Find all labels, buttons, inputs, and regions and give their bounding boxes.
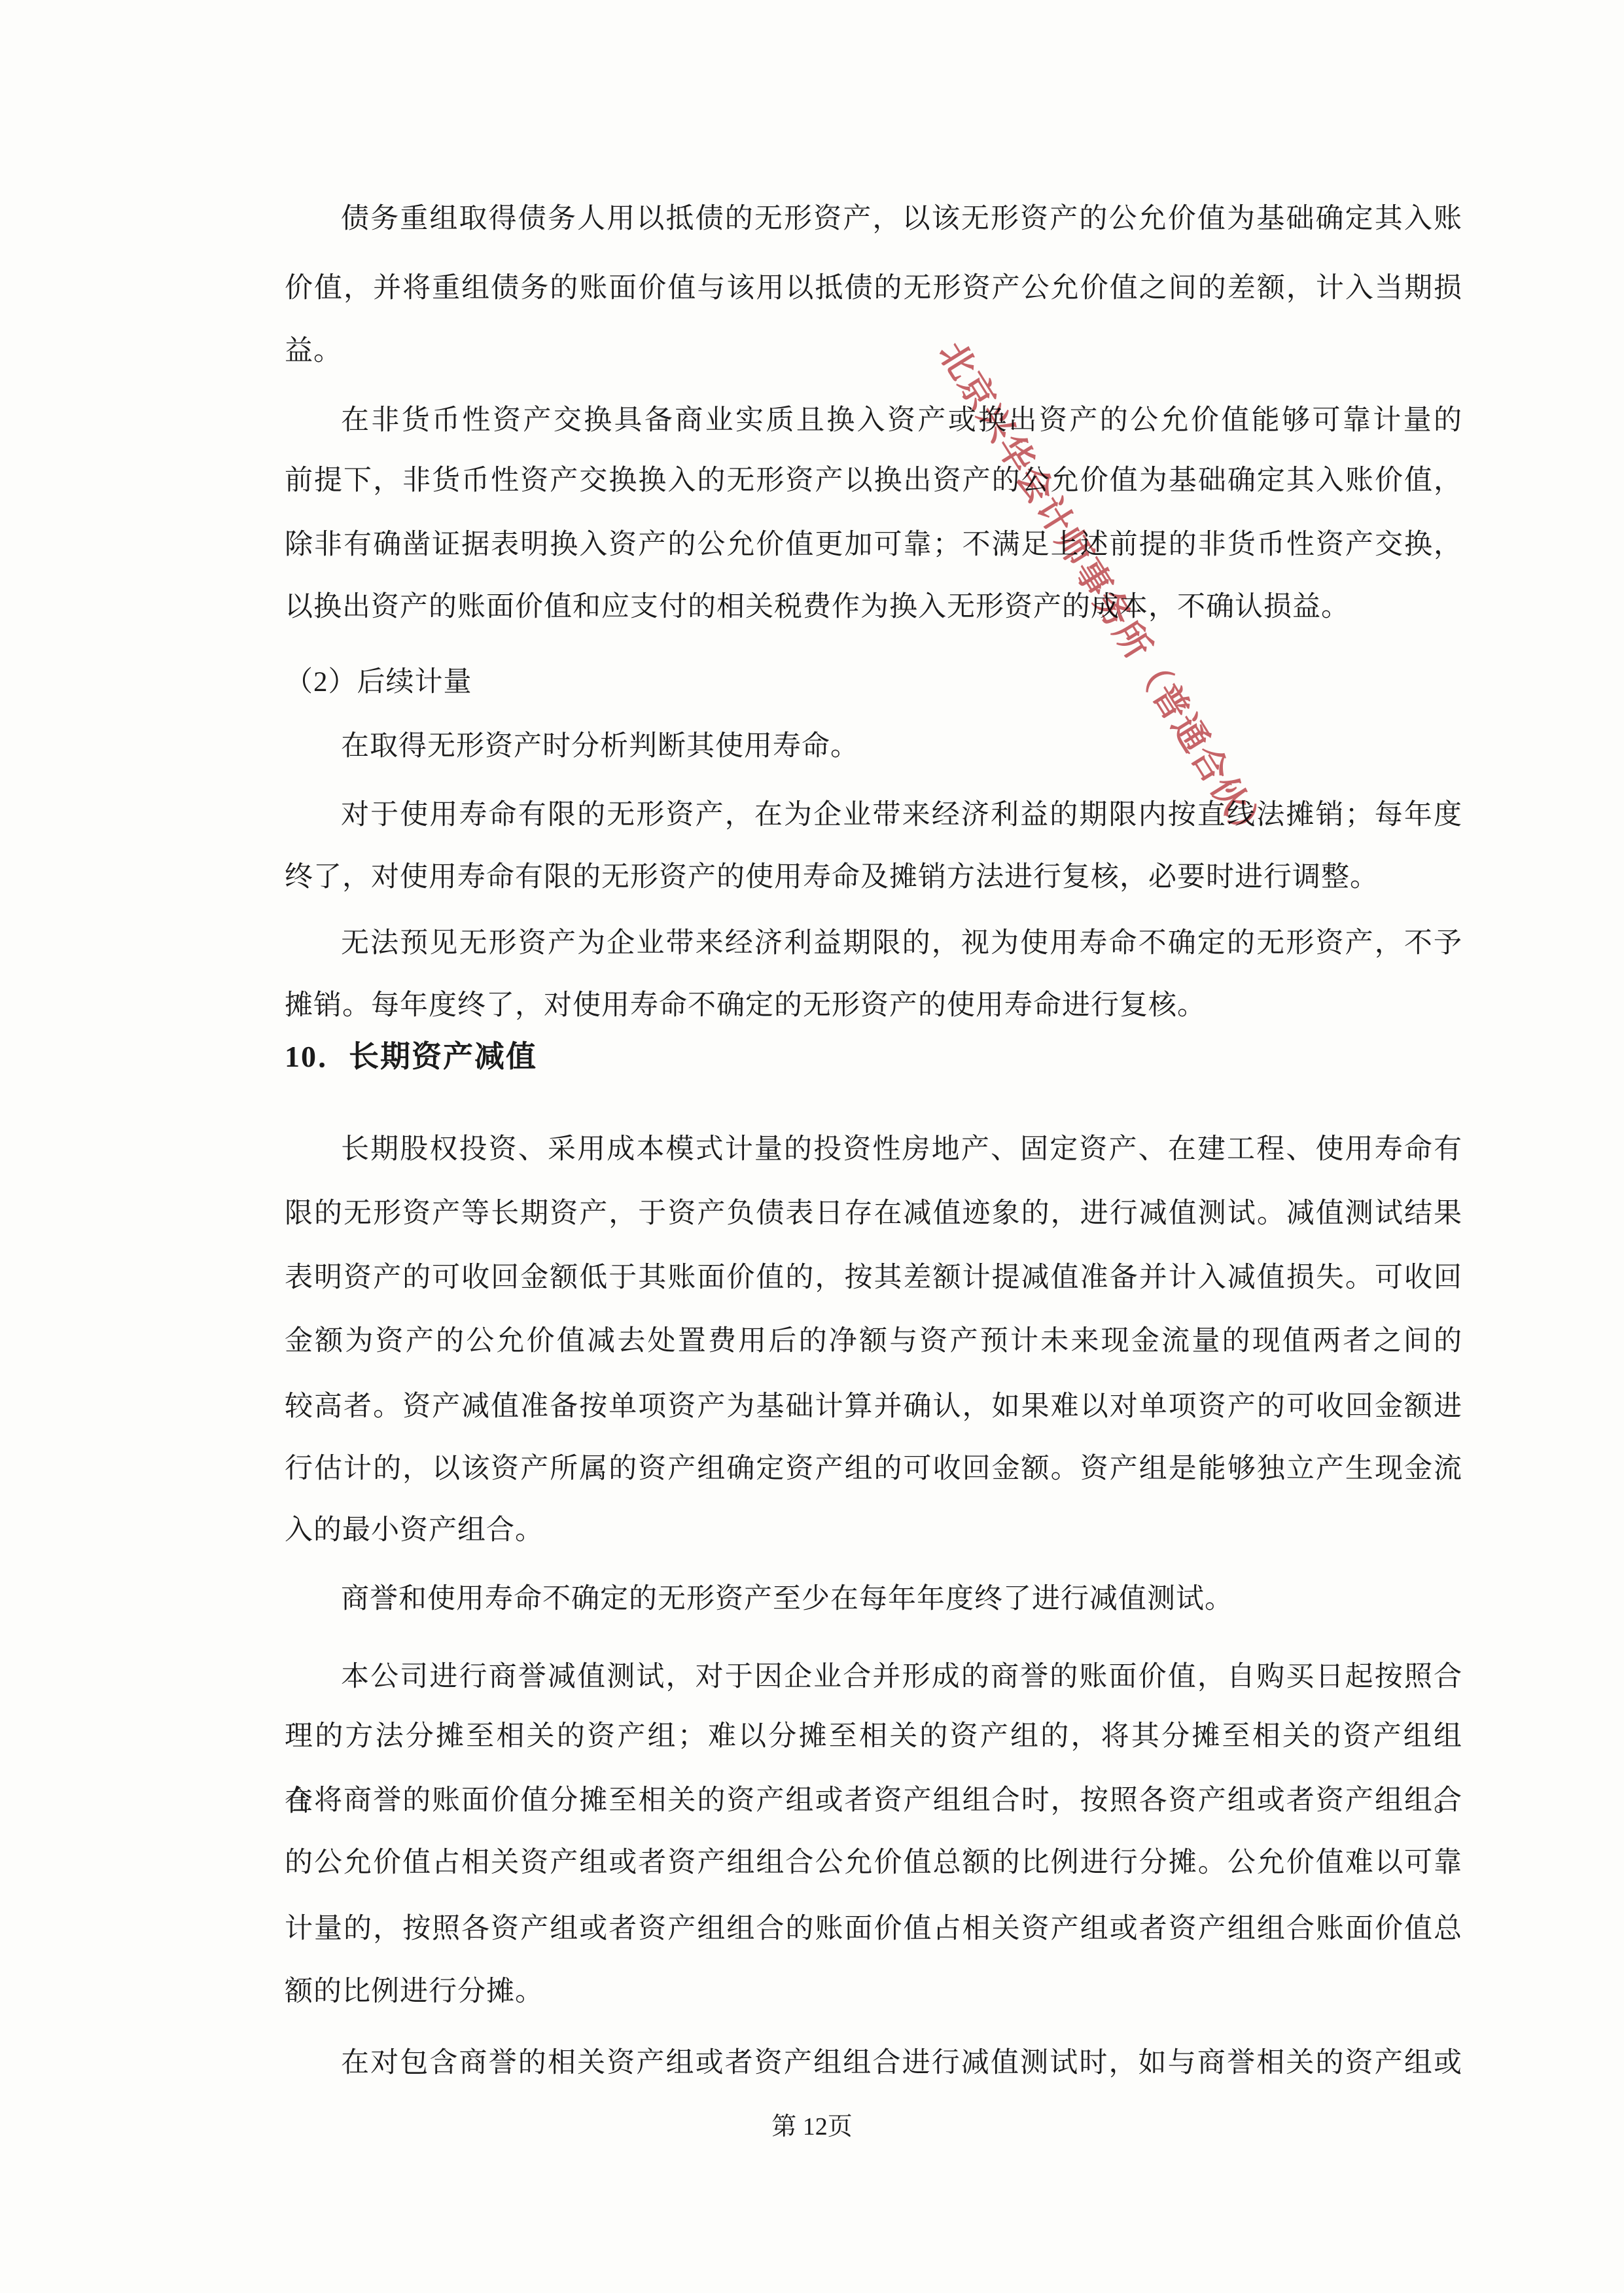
text-line: 理的方法分摊至相关的资产组；难以分摊至相关的资产组的，将其分摊至相关的资产组组合…	[285, 1704, 1462, 1769]
page-footer: 第 12页	[0, 2094, 1624, 2160]
text-line: 较高者。资产减值准备按单项资产为基础计算并确认，如果难以对单项资产的可收回金额进	[285, 1374, 1462, 1440]
text-line: 前提下，非货币性资产交换换入的无形资产以换出资产的公允价值为基础确定其入账价值，	[285, 448, 1462, 514]
text-line: 在对包含商誉的相关资产组或者资产组组合进行减值测试时，如与商誉相关的资产组或	[285, 2031, 1462, 2096]
sub-heading: （2）后续计量	[285, 650, 1462, 715]
text-line: 的公允价值占相关资产组或者资产组组合公允价值总额的比例进行分摊。公允价值难以可靠	[285, 1830, 1462, 1896]
text-line: 在非货币性资产交换具备商业实质且换入资产或换出资产的公允价值能够可靠计量的	[285, 388, 1462, 453]
text-line: 商誉和使用寿命不确定的无形资产至少在每年年度终了进行减值测试。	[285, 1567, 1462, 1632]
text-line: 对于使用寿命有限的无形资产，在为企业带来经济利益的期限内按直线法摊销；每年度	[285, 783, 1462, 848]
text-line: 表明资产的可收回金额低于其账面价值的，按其差额计提减值准备并计入减值损失。可收回	[285, 1245, 1462, 1311]
text-line: 价值，并将重组债务的账面价值与该用以抵债的无形资产公允价值之间的差额，计入当期损	[285, 256, 1462, 321]
page: 债务重组取得债务人用以抵债的无形资产，以该无形资产的公允价值为基础确定其入账 价…	[0, 0, 1624, 2293]
text-line: 在将商誉的账面价值分摊至相关的资产组或者资产组组合时，按照各资产组或者资产组组合	[285, 1768, 1462, 1834]
text-line: 益。	[285, 319, 1462, 384]
text-line: 以换出资产的账面价值和应支付的相关税费作为换入无形资产的成本，不确认损益。	[285, 575, 1462, 640]
text-line: 计量的，按照各资产组或者资产组组合的账面价值占相关资产组或者资产组组合账面价值总	[285, 1896, 1462, 1962]
text-line: 行估计的，以该资产所属的资产组确定资产组的可收回金额。资产组是能够独立产生现金流	[285, 1436, 1462, 1502]
text-line: 额的比例进行分摊。	[285, 1959, 1462, 2025]
text-line: 终了，对使用寿命有限的无形资产的使用寿命及摊销方法进行复核，必要时进行调整。	[285, 845, 1462, 910]
text-line: 金额为资产的公允价值减去处置费用后的净额与资产预计未来现金流量的现值两者之间的	[285, 1309, 1462, 1374]
text-line: 入的最小资产组合。	[285, 1498, 1462, 1563]
text-line: 在取得无形资产时分析判断其使用寿命。	[285, 714, 1462, 779]
text-line: 限的无形资产等长期资产，于资产负债表日存在减值迹象的，进行减值测试。减值测试结果	[285, 1181, 1462, 1247]
text-line: 本公司进行商誉减值测试，对于因企业合并形成的商誉的账面价值，自购买日起按照合	[285, 1644, 1462, 1710]
text-line: 长期股权投资、采用成本模式计量的投资性房地产、固定资产、在建工程、使用寿命有	[285, 1117, 1462, 1182]
text-line: 除非有确凿证据表明换入资产的公允价值更加可靠；不满足上述前提的非货币性资产交换，	[285, 512, 1462, 578]
text-line: 债务重组取得债务人用以抵债的无形资产，以该无形资产的公允价值为基础确定其入账	[285, 187, 1462, 252]
text-line: 无法预见无形资产为企业带来经济利益期限的，视为使用寿命不确定的无形资产，不予	[285, 911, 1462, 976]
section-heading: 10．长期资产减值	[285, 1024, 1462, 1090]
